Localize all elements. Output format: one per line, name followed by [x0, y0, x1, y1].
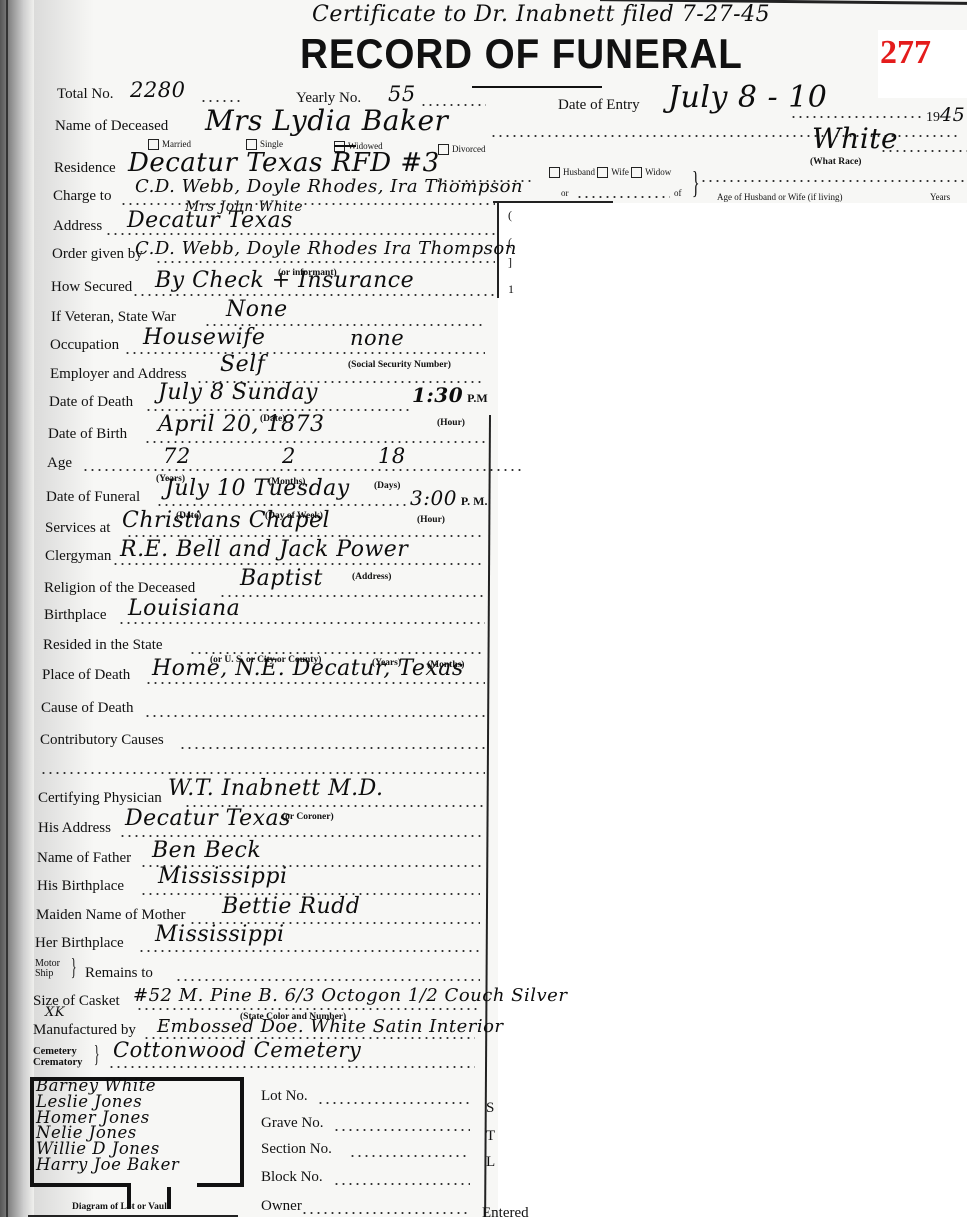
age-days-value: 18 [378, 444, 406, 468]
physician-value: W.T. Inabnett M.D. [168, 776, 383, 801]
remains-to-label: Remains to [85, 965, 153, 982]
occupation-value: Housewife [143, 325, 265, 350]
dotted-line [156, 504, 410, 506]
lot-field-label: Grave No. [261, 1115, 323, 1132]
brace-symbol: } [94, 1042, 100, 1069]
dotted-line [333, 1129, 470, 1131]
death-hour: 1:30P.M [412, 383, 488, 407]
redaction-overlay [498, 203, 967, 1217]
edge-fragment: 1 [508, 282, 514, 297]
ssn-value: none [350, 326, 404, 350]
date-of-entry-label: Date of Entry [558, 97, 640, 114]
place-of-death-label: Place of Death [42, 667, 130, 684]
date-of-funeral-label: Date of Funeral [46, 489, 140, 506]
physician-label: Certifying Physician [38, 790, 162, 807]
year-suffix: 45 [940, 104, 965, 126]
father-label: Name of Father [37, 850, 131, 867]
clergyman-label: Clergyman [45, 548, 111, 565]
bottom-rule [28, 1215, 238, 1217]
his-address-label: His Address [38, 820, 111, 837]
lot-name: Harry Joe Baker [36, 1157, 179, 1173]
dotted-line [138, 950, 480, 952]
dotted-line [317, 1102, 470, 1104]
dotted-line [112, 563, 485, 565]
cemetery-label-line1: Cemetery [33, 1046, 82, 1057]
residence-label: Residence [54, 160, 116, 177]
cemetery-label-line2: Crematory [33, 1057, 82, 1068]
dotted-line [40, 772, 485, 774]
lot-field-label: Block No. [261, 1169, 323, 1186]
lot-diagram-label: Diagram of Lot or Vault [72, 1202, 170, 1212]
occupation-label: Occupation [50, 337, 119, 354]
dotted-line [790, 116, 923, 118]
dotted-line [82, 469, 522, 471]
dotted-line [576, 196, 670, 198]
dotted-line [144, 441, 485, 443]
funeral-hour-value: 3:00 [410, 486, 457, 510]
manufactured-by-value: Embossed Doe. White Satin Interior [157, 1016, 504, 1037]
mother-birthplace-label: Her Birthplace [35, 935, 124, 952]
header-handwritten-note: Certificate to Dr. Inabnett filed 7-27-4… [312, 2, 770, 27]
total-no-value: 2280 [130, 78, 185, 102]
age-years-value: 72 [163, 444, 191, 468]
edge-fragment: T [486, 1128, 495, 1145]
lot-diagram-names: Barney White Leslie Jones Homer Jones Ne… [36, 1078, 179, 1173]
father-birthplace-label: His Birthplace [37, 878, 124, 895]
age-days-label: (Days) [374, 481, 400, 491]
dotted-line [119, 835, 485, 837]
checkbox-husband-box[interactable] [549, 167, 560, 178]
spouse-checkboxes: Husband Wife Widow [549, 167, 671, 178]
checkbox-wife-box[interactable] [597, 167, 608, 178]
date-of-funeral-value: July 10 Tuesday [165, 476, 350, 501]
binding-edge-line [6, 0, 8, 1217]
dotted-line [219, 595, 485, 597]
page-number: 277 [880, 34, 931, 72]
name-of-deceased-value: Mrs Lydia Baker [205, 104, 448, 137]
page-title: RECORD OF FUNERAL [300, 30, 743, 78]
manufactured-by-label: Manufactured by [33, 1022, 136, 1039]
dotted-line [880, 150, 967, 152]
employer-value: Self [220, 352, 265, 377]
order-given-by-label: Order given by [52, 246, 143, 263]
year-prefix: 19 [926, 110, 940, 125]
order-given-by-value: C.D. Webb, Doyle Rhodes Ira Thompson [135, 238, 517, 259]
spouse-or-label: or [561, 188, 569, 198]
mother-birthplace-value: Mississippi [155, 922, 285, 947]
cemetery-value: Cottonwood Cemetery [113, 1038, 361, 1062]
brace-symbol: } [692, 164, 700, 201]
lot-field-label: Section No. [261, 1141, 332, 1158]
dotted-line [700, 180, 967, 182]
brace-symbol: } [71, 955, 77, 982]
death-hour-suffix: P.M [467, 391, 488, 405]
lot-diagram-gap [131, 1181, 197, 1189]
column-rule [484, 415, 490, 1217]
edge-fragment: S [486, 1100, 494, 1117]
mother-value: Bettie Rudd [222, 894, 360, 919]
services-at-label: Services at [45, 520, 110, 537]
lot-field-label: Lot No. [261, 1088, 308, 1105]
how-secured-label: How Secured [51, 279, 132, 296]
how-secured-value: By Check + Insurance [155, 268, 414, 293]
hour-sublabel: (Hour) [417, 515, 445, 525]
dotted-line [200, 100, 240, 102]
checkbox-wife-label: Wife [611, 167, 629, 177]
column-rule-top [493, 201, 613, 203]
cemetery-label: CemeteryCrematory [33, 1046, 82, 1068]
edge-fragment: L [486, 1154, 495, 1171]
veteran-value: None [226, 297, 288, 322]
father-birthplace-value: Mississippi [158, 864, 288, 889]
place-of-death-value: Home, N.E. Decatur, Texas [152, 656, 464, 681]
dotted-line [105, 233, 495, 235]
date-of-entry-value: July 8 - 10 [668, 80, 827, 115]
checkbox-husband-label: Husband [563, 167, 595, 177]
birthplace-value: Louisiana [128, 596, 240, 621]
dotted-line [333, 1183, 470, 1185]
edge-fragment: ( [508, 208, 512, 223]
services-at-value: Christians Chapel [122, 508, 330, 533]
spouse-age-label: Age of Husband or Wife (if living) [717, 192, 842, 202]
hour-sublabel: (Hour) [437, 418, 465, 428]
charge-to-label: Charge to [53, 188, 111, 205]
dotted-line [179, 747, 485, 749]
date-of-death-label: Date of Death [49, 394, 133, 411]
checkbox-widow-box[interactable] [631, 167, 642, 178]
dotted-line [145, 409, 410, 411]
dotted-line [349, 1155, 470, 1157]
checkbox-divorced-label: Divorced [452, 144, 486, 154]
checkbox-divorced[interactable]: Divorced [438, 144, 486, 155]
page-number-label: 277 [878, 30, 967, 98]
dotted-line [136, 1008, 480, 1010]
veteran-label: If Veteran, State War [51, 309, 176, 326]
address-label: Address [53, 218, 102, 235]
funeral-hour: 3:00P. M. [410, 486, 487, 510]
ship-label: Ship [35, 969, 60, 979]
residence-value: Decatur Texas RFD #3 [128, 148, 440, 178]
total-no-label: Total No. [57, 86, 113, 103]
birthplace-label: Birthplace [44, 607, 106, 624]
lot-field-label: Owner [261, 1198, 302, 1215]
date-of-death-value: July 8 Sunday [158, 380, 318, 405]
spouse-years-label: Years [930, 192, 950, 202]
address-above-note: Mrs John White [185, 199, 303, 215]
name-of-deceased-label: Name of Deceased [55, 118, 168, 135]
title-underline [472, 86, 602, 88]
dotted-line [132, 294, 495, 296]
race-label: (What Race) [810, 157, 861, 167]
year-printed-prefix: 1945 [926, 104, 965, 126]
remains-prefix: MotorShip [35, 959, 60, 979]
clergyman-value: R.E. Bell and Jack Power [120, 537, 408, 562]
dotted-line [189, 652, 485, 654]
charge-to-value: C.D. Webb, Doyle Rhodes, Ira Thompson [135, 176, 523, 197]
funeral-hour-suffix: P. M. [461, 494, 488, 508]
religion-label: Religion of the Deceased [44, 580, 195, 597]
dotted-line [118, 622, 485, 624]
yearly-no-value: 55 [388, 82, 416, 106]
book-binding-shadow [0, 0, 34, 1217]
dotted-line [124, 352, 485, 354]
date-of-birth-label: Date of Birth [48, 426, 127, 443]
dotted-line [120, 203, 495, 205]
dotted-line [175, 979, 480, 981]
spouse-of-label: of [674, 188, 682, 198]
death-hour-value: 1:30 [412, 383, 463, 407]
resided-label: Resided in the State [43, 637, 163, 654]
casket-margin-note: XK [45, 1005, 65, 1020]
dotted-line [144, 715, 485, 717]
clergyman-sublabel: (Address) [352, 572, 391, 582]
ssn-label: (Social Security Number) [348, 360, 451, 370]
age-months-value: 2 [282, 444, 296, 468]
contributory-label: Contributory Causes [40, 732, 164, 749]
dotted-line [145, 682, 485, 684]
dotted-line [108, 1066, 475, 1068]
date-of-birth-value: April 20, 1873 [158, 412, 325, 437]
casket-value: #52 M. Pine B. 6/3 Octogon 1/2 Couch Sil… [133, 985, 567, 1006]
his-address-value: Decatur Texas [125, 806, 291, 831]
dotted-line [155, 261, 495, 263]
father-value: Ben Beck [152, 838, 261, 863]
checkbox-widow-label: Widow [645, 167, 671, 177]
edge-fragment: Entered [482, 1205, 529, 1217]
religion-value: Baptist [240, 566, 323, 591]
age-label: Age [47, 455, 72, 472]
dotted-line [301, 1212, 470, 1214]
cause-of-death-label: Cause of Death [41, 700, 133, 717]
